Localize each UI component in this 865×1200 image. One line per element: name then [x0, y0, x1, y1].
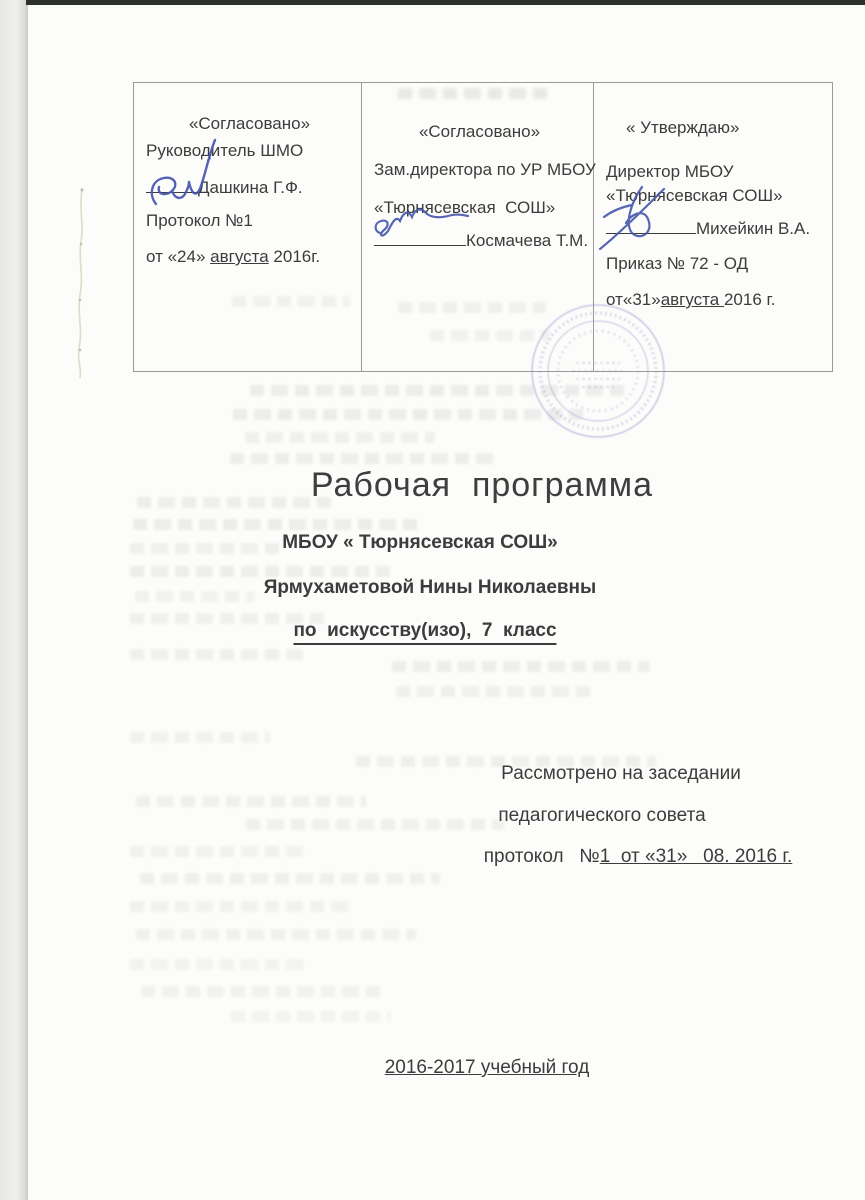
signature-row: Космачева Т.М. [374, 227, 585, 253]
review-line-3: протокол №1 от «31» 08. 2016 г. [484, 846, 793, 868]
signature-line [146, 174, 198, 193]
bleed-through-line [137, 497, 332, 508]
signer-name: Космачева Т.М. [466, 231, 588, 250]
signature-line [374, 227, 466, 246]
school-name: «Тюрнясевская СОШ» [374, 197, 585, 219]
bleed-through-line [130, 543, 280, 554]
approval-cell-approved-director: « Утверждаю» Директор МБОУ «Тюрнясевская… [594, 83, 834, 371]
approval-cell-agreed-deputy: «Согласовано» Зам.директора по УР МБОУ «… [362, 83, 594, 371]
bleed-through-line [133, 519, 423, 530]
bleed-through-line [233, 409, 583, 420]
school-name: «Тюрнясевская СОШ» [606, 185, 826, 207]
approval-table: «Согласовано» Руководитель ШМО Дашкина Г… [133, 82, 833, 372]
binding-thread-mark [68, 180, 94, 380]
school-year-line: 2016-2017 учебный год [385, 1057, 590, 1079]
bleed-through-line [130, 732, 270, 743]
bleed-through-line [245, 432, 435, 443]
signature-row: Михейкин В.А. [606, 215, 826, 241]
school-name-line: МБОУ « Тюрнясевская СОШ» [282, 532, 558, 554]
signer-name: Дашкина Г.Ф. [198, 178, 303, 197]
approval-cell-agreed-shmo: «Согласовано» Руководитель ШМО Дашкина Г… [134, 83, 362, 371]
bleed-through-line [250, 385, 630, 396]
shmo-head-label: Руководитель ШМО [146, 140, 353, 162]
document-title: Рабочая программа [311, 466, 653, 505]
teacher-name-line: Ярмухаметовой Нины Николаевны [264, 577, 597, 599]
deputy-director-label: Зам.директора по УР МБОУ [374, 159, 585, 181]
scanner-edge-strip [0, 0, 28, 1200]
bleed-through-line [136, 796, 366, 807]
subject-class-line: по искусству(изо), 7 класс [293, 620, 556, 645]
bleed-through-line [136, 929, 416, 940]
protocol-date: от «24» августа 2016г. [146, 246, 353, 268]
signature-row: Дашкина Г.Ф. [146, 174, 353, 200]
bleed-through-line [392, 661, 650, 672]
bleed-through-line [130, 846, 310, 857]
order-number: Приказ № 72 - ОД [606, 253, 826, 275]
bleed-through-line [140, 873, 440, 884]
agreed-label: «Согласовано» [146, 113, 353, 135]
scanner-edge-band [26, 0, 865, 5]
signer-name: Михейкин В.А. [696, 219, 810, 238]
bleed-through-line [246, 819, 504, 830]
review-line-2: педагогического совета [498, 805, 705, 827]
bleed-through-line [130, 566, 390, 577]
approved-label: « Утверждаю» [606, 117, 826, 139]
bleed-through-line [396, 686, 596, 697]
bleed-through-line [130, 901, 350, 912]
signature-line [606, 215, 696, 234]
order-date: от«31»августа 2016 г. [606, 289, 826, 311]
bleed-through-line [230, 453, 500, 464]
scanned-document-page: «Согласовано» Руководитель ШМО Дашкина Г… [0, 0, 865, 1200]
bleed-through-line [135, 591, 255, 602]
bleed-through-line [130, 649, 310, 660]
protocol-number: Протокол №1 [146, 210, 353, 232]
agreed-label: «Согласовано» [374, 121, 585, 143]
director-label: Директор МБОУ [606, 161, 826, 183]
bleed-through-line [141, 986, 381, 997]
bleed-through-line [231, 1011, 391, 1022]
review-line-1: Рассмотрено на заседании [501, 763, 741, 785]
bleed-through-line [130, 959, 310, 970]
